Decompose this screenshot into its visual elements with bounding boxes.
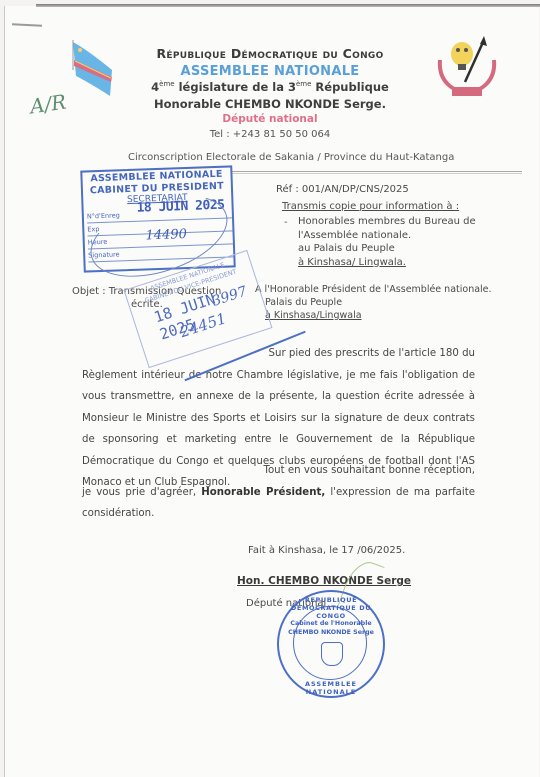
header-rule	[232, 173, 522, 174]
cc-line: à Kinshasa/ Lingwala.	[298, 256, 476, 270]
seal-emblem-icon	[321, 642, 343, 666]
transmis-copie: Transmis copie pour information à :	[282, 201, 459, 212]
drc-flag-icon	[70, 40, 114, 98]
signatory-name: Hon. CHEMBO NKONDE Serge	[237, 575, 411, 587]
header-legislature: 4ème législature de la 3ème République	[120, 80, 420, 94]
header-honorable: Honorable CHEMBO NKONDE Serge.	[120, 97, 420, 111]
place-date: Fait à Kinshasa, le 17 /06/2025.	[248, 545, 405, 556]
cc-line: l'Assemblée nationale.	[298, 229, 476, 243]
header-circonscription: Circonscription Electorale de Sakania / …	[128, 152, 454, 163]
copy-recipients: Honorables membres du Bureau de l'Assemb…	[298, 215, 476, 269]
handwritten-annotation: A/R	[29, 90, 68, 119]
drc-coat-of-arms-icon	[432, 32, 502, 102]
cc-line: au Palais du Peuple	[298, 242, 476, 256]
header-assembly: ASSEMBLEE NATIONALE	[120, 64, 420, 79]
recipient: A l'Honorable Président de l'Assemblée n…	[255, 283, 492, 322]
body-paragraph-2: Tout en vous souhaitant bonne réception,…	[82, 460, 475, 525]
cc-line: Honorables membres du Bureau de	[298, 215, 476, 229]
header-republic: République Démocratique du Congo	[120, 46, 420, 61]
reference-number: Réf : 001/AN/DP/CNS/2025	[276, 184, 409, 195]
official-seal: REPUBLIQUE DEMOCRATIQUE DU CONGO Cabinet…	[277, 590, 385, 698]
header-role: Député national	[120, 113, 420, 125]
page-edge	[36, 4, 540, 7]
header-rule	[232, 171, 522, 172]
cc-dash: -	[284, 217, 288, 228]
header-tel: Tel : +243 81 50 50 064	[120, 129, 420, 140]
